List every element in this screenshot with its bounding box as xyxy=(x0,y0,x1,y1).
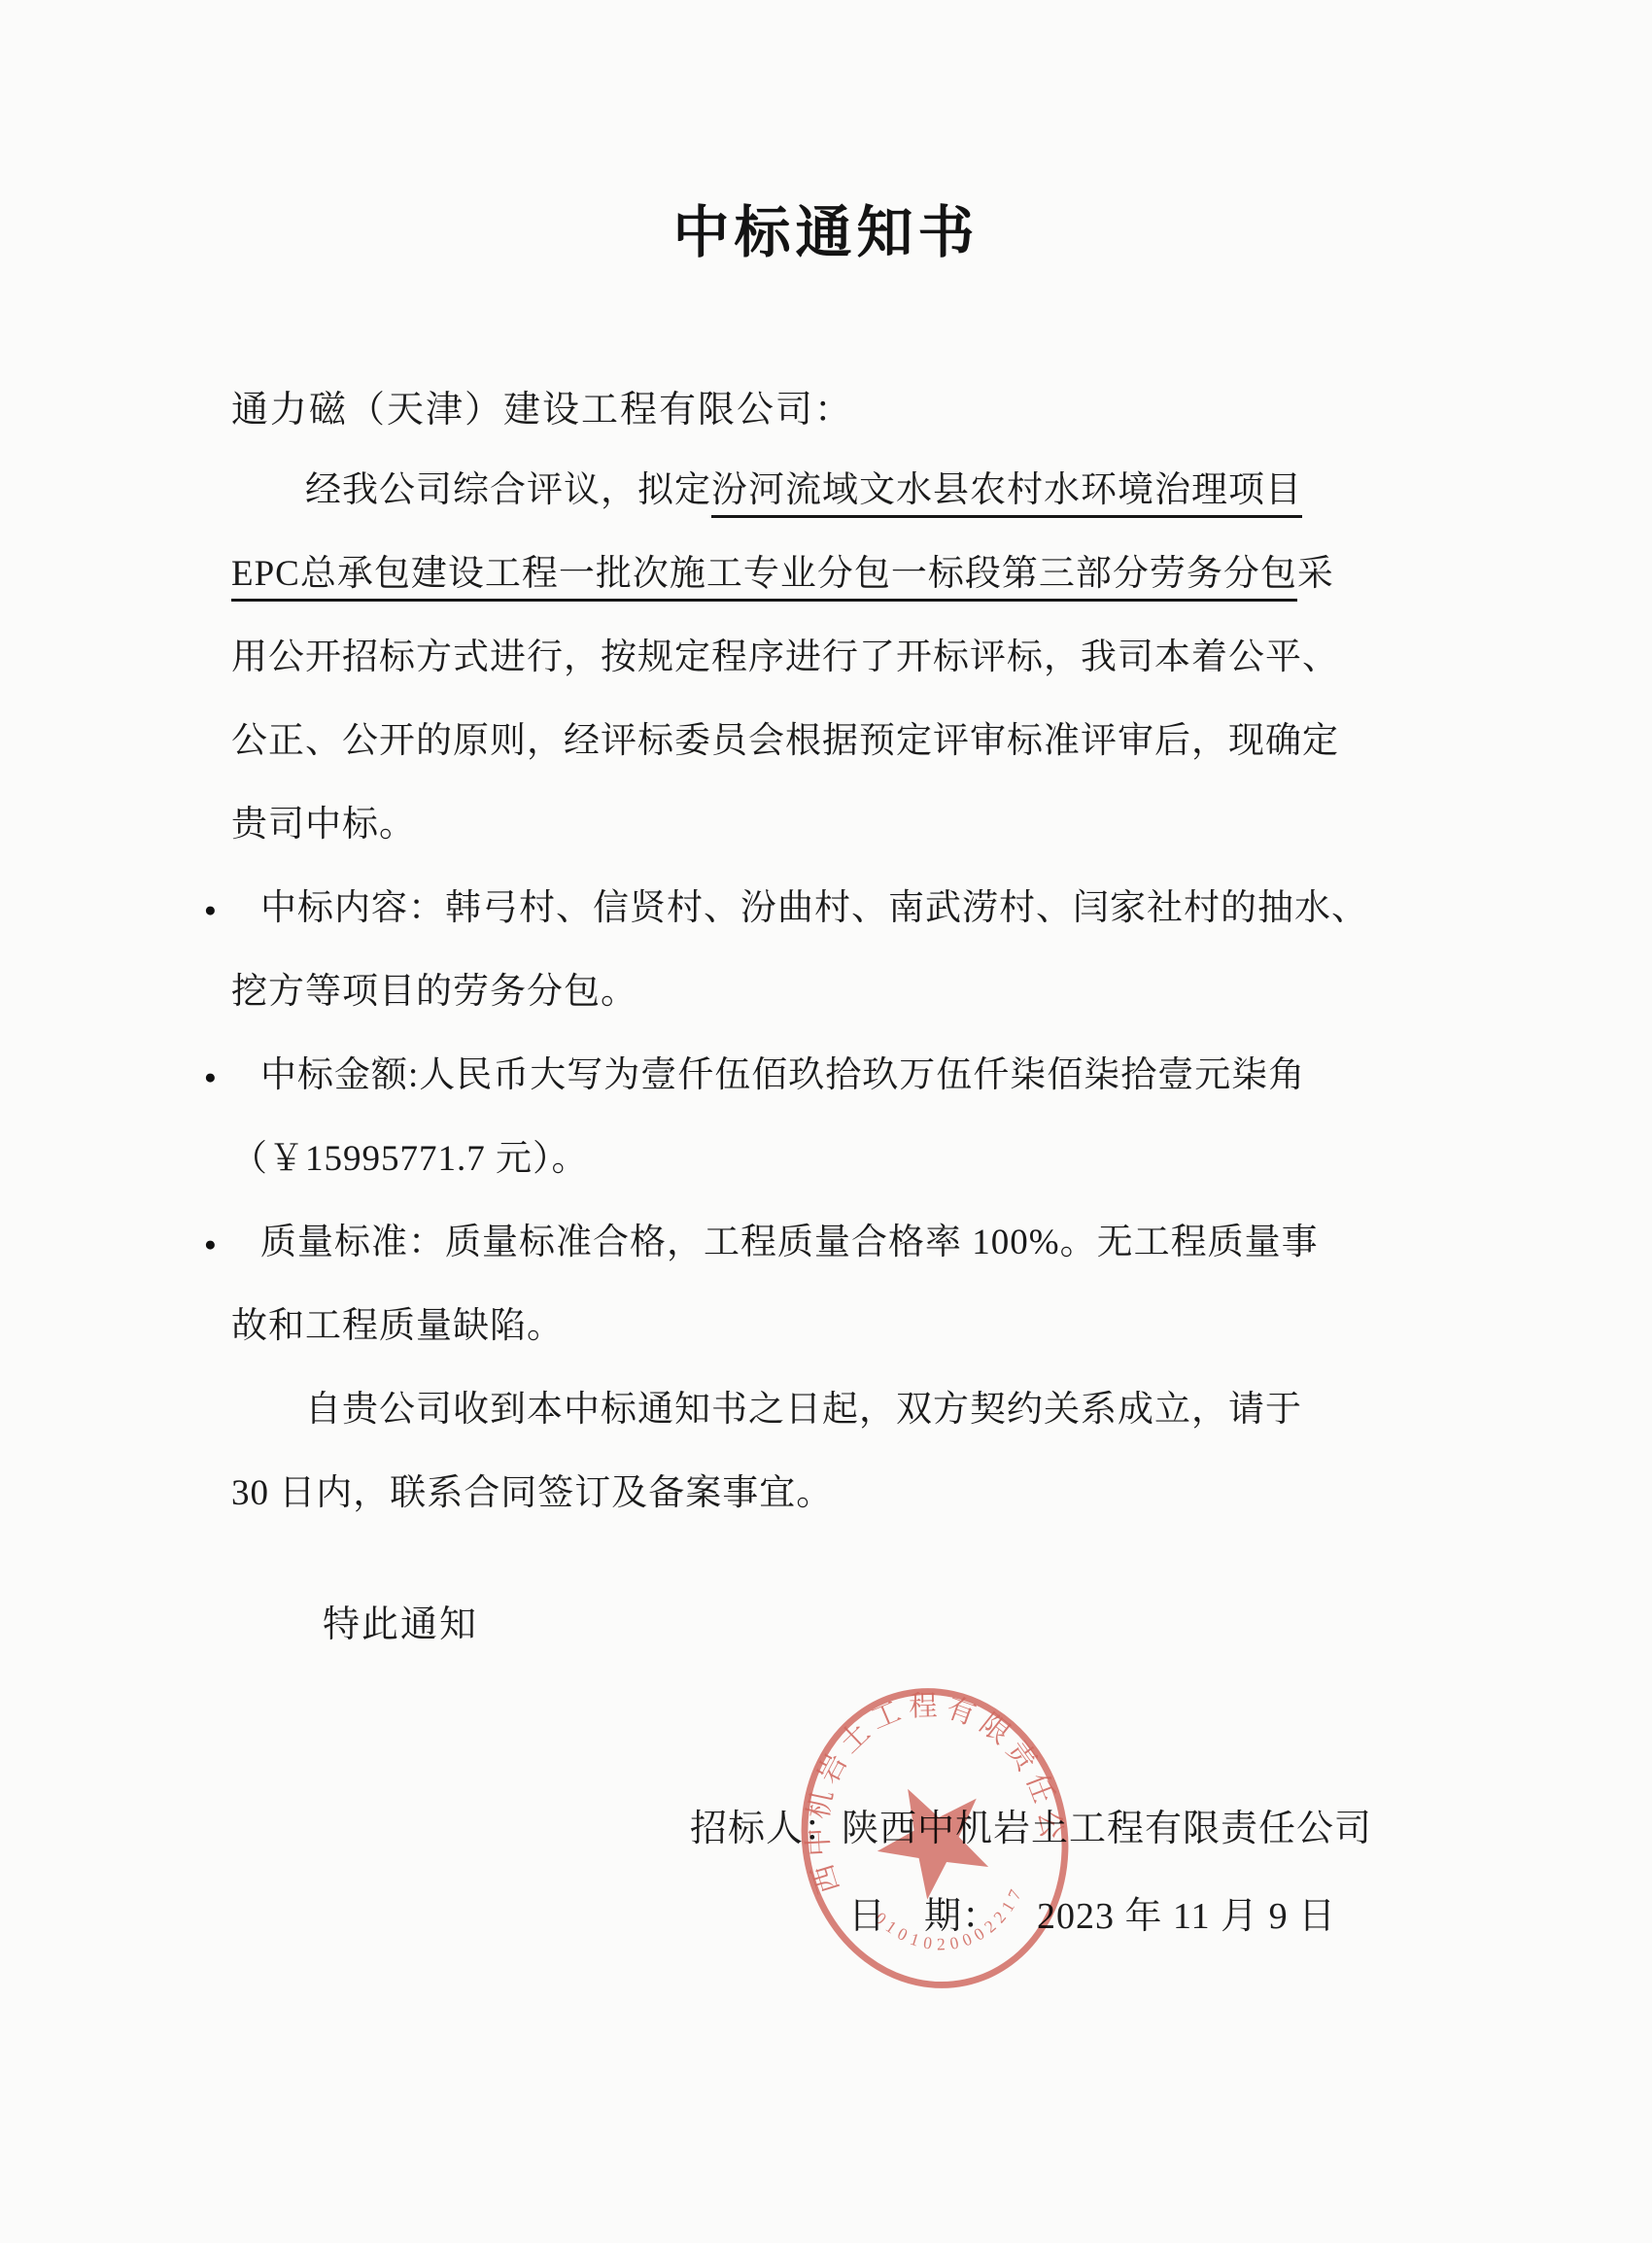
text-segment: 质量标准：质量标准合格，工程质量合格率 100%。无工程质量事 xyxy=(260,1223,1319,1262)
document-title: 中标通知书 xyxy=(0,187,1652,268)
date-label: 日 期： xyxy=(848,1896,1000,1937)
text-segment: 公正、公开的原则，经评标委员会根据预定评审标准评审后，现确定 xyxy=(231,721,1339,761)
body-lines: 经我公司综合评议，拟定汾河流域文水县农村水环境治理项目EPC总承包建设工程一批次… xyxy=(231,449,1339,1536)
closing-phrase: 特此通知 xyxy=(323,1594,478,1647)
text-segment: 贵司中标。 xyxy=(231,805,416,845)
seal-company-text: 陕西中机岩土工程有限责任公司 xyxy=(792,1681,1071,1904)
body-line: 贵司中标。 xyxy=(231,783,1339,867)
body-line: EPC总承包建设工程一批次施工专业分包一标段第三部分劳务分包采 xyxy=(231,533,1339,616)
body-line: 自贵公司收到本中标通知书之日起，双方契约关系成立，请于 xyxy=(231,1368,1339,1452)
date-value: 2023 年 11 月 9 日 xyxy=(1037,1896,1336,1937)
body-line: 公正、公开的原则，经评标委员会根据预定评审标准评审后，现确定 xyxy=(231,700,1339,783)
body-line: （￥15995771.7 元）。 xyxy=(231,1118,1339,1201)
text-segment: 中标金额:人民币大写为壹仟伍佰玖拾玖万伍仟柒佰柒拾壹元柒角 xyxy=(260,1055,1305,1095)
body-line: 经我公司综合评议，拟定汾河流域文水县农村水环境治理项目 xyxy=(231,449,1339,533)
text-segment: 经我公司综合评议，拟定 xyxy=(305,470,711,510)
body-line: 30 日内，联系合同签订及备案事宜。 xyxy=(231,1452,1339,1536)
underlined-project-text: EPC总承包建设工程一批次施工专业分包一标段第三部分劳务分包 xyxy=(231,554,1297,602)
signature-line: 招标人：陕西中机岩土工程有限责任公司 xyxy=(690,1798,1372,1851)
body-line: 用公开招标方式进行，按规定程序进行了开标评标，我司本着公平、 xyxy=(231,616,1339,700)
text-segment: 30 日内，联系合同签订及备案事宜。 xyxy=(231,1473,833,1513)
text-segment: 挖方等项目的劳务分包。 xyxy=(231,972,637,1012)
body-line: ●中标内容：韩弓村、信贤村、汾曲村、南武涝村、闫家社村的抽水、 xyxy=(231,867,1339,950)
svg-text:陕西中机岩土工程有限责任公司: 陕西中机岩土工程有限责任公司 xyxy=(792,1681,1071,1904)
addressee-company: 通力磁（天津）建设工程有限公司： xyxy=(231,379,853,432)
bullet-icon: ● xyxy=(204,868,218,951)
text-segment: 故和工程质量缺陷。 xyxy=(231,1306,564,1346)
tenderer-label: 招标人： xyxy=(690,1809,842,1849)
text-segment: 采 xyxy=(1297,554,1334,594)
text-segment: （￥15995771.7 元）。 xyxy=(231,1139,589,1179)
text-segment: 自贵公司收到本中标通知书之日起，双方契约关系成立，请于 xyxy=(305,1390,1302,1430)
date-line: 日 期：2023 年 11 月 9 日 xyxy=(848,1885,1336,1939)
bullet-icon: ● xyxy=(204,1035,218,1119)
body-line: ●质量标准：质量标准合格，工程质量合格率 100%。无工程质量事 xyxy=(231,1201,1339,1285)
bullet-icon: ● xyxy=(204,1202,218,1286)
body-line: 挖方等项目的劳务分包。 xyxy=(231,950,1339,1034)
text-segment: 用公开招标方式进行，按规定程序进行了开标评标，我司本着公平、 xyxy=(231,638,1339,677)
scanned-document-page: { "page": { "title": "中标通知书" }, "letter"… xyxy=(0,0,1652,2243)
tenderer-company: 陕西中机岩土工程有限责任公司 xyxy=(842,1809,1372,1849)
body-line: 故和工程质量缺陷。 xyxy=(231,1285,1339,1368)
underlined-project-text: 汾河流域文水县农村水环境治理项目 xyxy=(711,470,1302,518)
body-line: ●中标金额:人民币大写为壹仟伍佰玖拾玖万伍仟柒佰柒拾壹元柒角 xyxy=(231,1034,1339,1118)
text-segment: 中标内容：韩弓村、信贤村、汾曲村、南武涝村、闫家社村的抽水、 xyxy=(260,888,1368,928)
